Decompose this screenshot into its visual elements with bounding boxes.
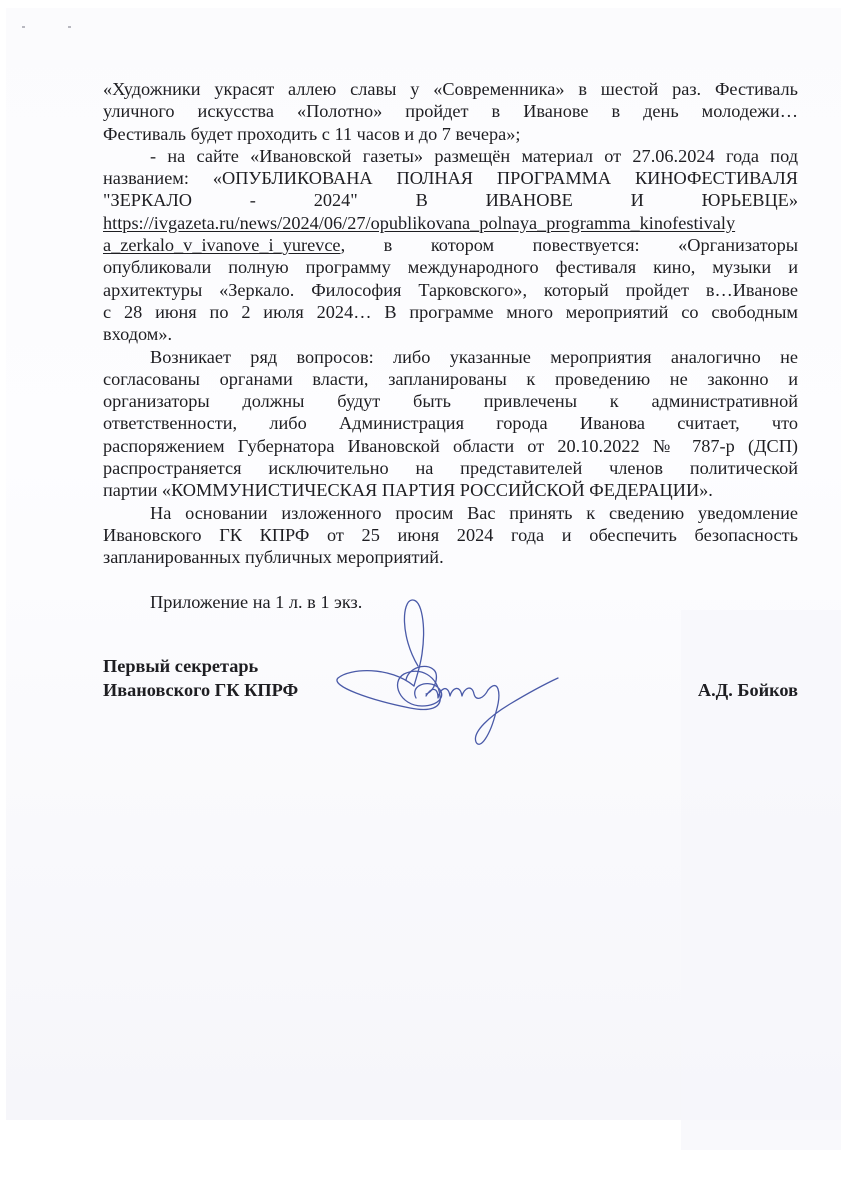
text-line: "ЗЕРКАЛО - 2024" В ИВАНОВЕ И ЮРЬЕВЦЕ»	[103, 189, 798, 211]
document-body: «Художники украсят аллею славы у «Соврем…	[103, 78, 798, 613]
text-line: Возникает ряд вопросов: либо указанные м…	[103, 346, 798, 368]
text-line: названием: «ОПУБЛИКОВАНА ПОЛНАЯ ПРОГРАММ…	[103, 167, 798, 189]
text-line: запланированных публичных мероприятий.	[103, 546, 798, 568]
text-line: Ивановского ГК КПРФ от 25 июня 2024 года…	[103, 524, 798, 546]
text-line: a_zerkalo_v_ivanove_i_yurevce, в котором…	[103, 234, 798, 256]
article-url-link[interactable]: https://ivgazeta.ru/news/2024/06/27/opub…	[103, 213, 735, 233]
article-url-link-continued[interactable]: a_zerkalo_v_ivanove_i_yurevce	[103, 235, 341, 255]
text-line: «Художники украсят аллею славы у «Соврем…	[103, 78, 798, 100]
text-line: входом».	[103, 323, 798, 345]
text-line: Фестиваль будет проходить с 11 часов и д…	[103, 123, 798, 145]
handwritten-signature-icon	[330, 596, 580, 756]
text-line: уличного искусства «Полотно» пройдет в И…	[103, 100, 798, 122]
text-after-url: , в котором повествуется: «Организаторы	[341, 235, 798, 255]
text-line: распространяется исключительно на предст…	[103, 457, 798, 479]
text-line: На основании изложенного просим Вас прин…	[103, 502, 798, 524]
text-line: - на сайте «Ивановской газеты» размещён …	[103, 145, 798, 167]
text-line: партии «КОММУНИСТИЧЕСКАЯ ПАРТИЯ РОССИЙСК…	[103, 479, 798, 501]
text-line: организаторы должны будут быть привлечен…	[103, 390, 798, 412]
signatory-name: А.Д. Бойков	[698, 678, 798, 702]
paragraph-request: На основании изложенного просим Вас прин…	[103, 502, 798, 569]
paragraph-ivgazeta: - на сайте «Ивановской газеты» размещён …	[103, 145, 798, 346]
text-line: распоряжением Губернатора Ивановской обл…	[103, 435, 798, 457]
text-line: согласованы органами власти, запланирова…	[103, 368, 798, 390]
scan-speck	[68, 26, 71, 28]
paragraph-quote-continuation: «Художники украсят аллею славы у «Соврем…	[103, 78, 798, 145]
text-line: опубликовали полную программу международ…	[103, 256, 798, 278]
text-line: с 28 июня по 2 июля 2024… В программе мн…	[103, 301, 798, 323]
scan-speck	[22, 26, 25, 28]
paragraph-questions: Возникает ряд вопросов: либо указанные м…	[103, 346, 798, 502]
text-line: ответственности, либо Администрация горо…	[103, 412, 798, 434]
text-line: архитектуры «Зеркало. Философия Тарковск…	[103, 279, 798, 301]
text-line: https://ivgazeta.ru/news/2024/06/27/opub…	[103, 212, 798, 234]
